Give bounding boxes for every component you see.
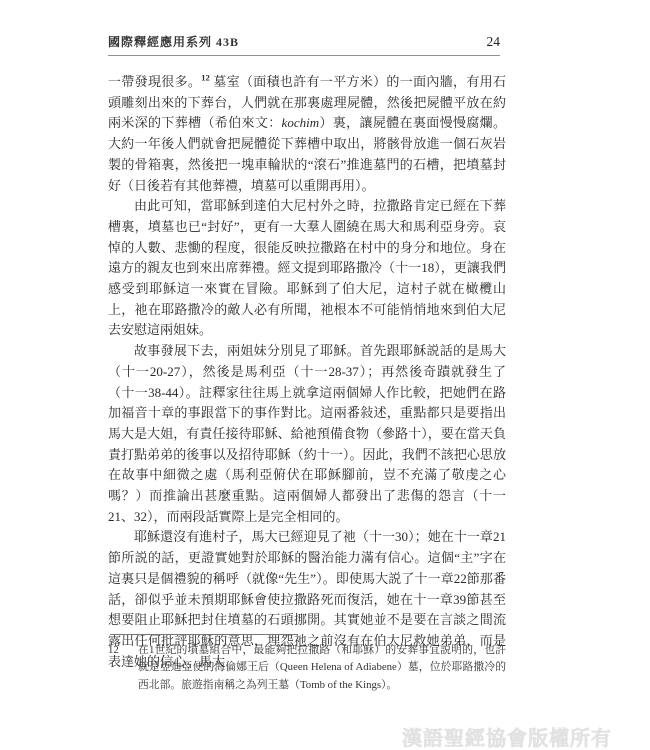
footnote-section: 12 在1世紀的墳墓組合中，最能夠把拉撒路（和耶穌）的安葬事宜説明的，也許就是亞… <box>108 634 506 694</box>
header-rule <box>108 55 500 56</box>
book-page: 國際釋經應用系列 43B 24 一帶發現很多。12 墓室（面積也許有一平方米）的… <box>0 0 650 750</box>
body-paragraph: 故事發展下去，兩姐妹分別見了耶穌。首先跟耶穌説話的是馬大（十一20-27），然後… <box>108 341 506 527</box>
footnote-separator <box>110 634 298 635</box>
body-paragraph: 一帶發現很多。12 墓室（面積也許有一平方米）的一面內牆，有用石頭雕刻出來的下葬… <box>108 72 506 196</box>
body-text: 一帶發現很多。12 墓室（面積也許有一平方米）的一面內牆，有用石頭雕刻出來的下葬… <box>108 72 506 672</box>
footnote-text: 在1世紀的墳墓組合中，最能夠把拉撒路（和耶穌）的安葬事宜説明的，也許就是亞迪亞便… <box>138 642 506 694</box>
footnote-row: 12 在1世紀的墳墓組合中，最能夠把拉撒路（和耶穌）的安葬事宜説明的，也許就是亞… <box>108 642 506 694</box>
series-title: 國際釋經應用系列 43B <box>108 33 239 50</box>
publisher-watermark: 漢語聖經協會版權所有 <box>402 722 612 750</box>
page-number: 24 <box>487 34 501 50</box>
running-header: 國際釋經應用系列 43B 24 <box>108 33 500 50</box>
body-paragraph: 由此可知，當耶穌到達伯大尼村外之時，拉撒路肯定已經在下葬槽裏，墳墓也已“封好”，… <box>108 196 506 341</box>
footnote-number: 12 <box>108 642 138 694</box>
